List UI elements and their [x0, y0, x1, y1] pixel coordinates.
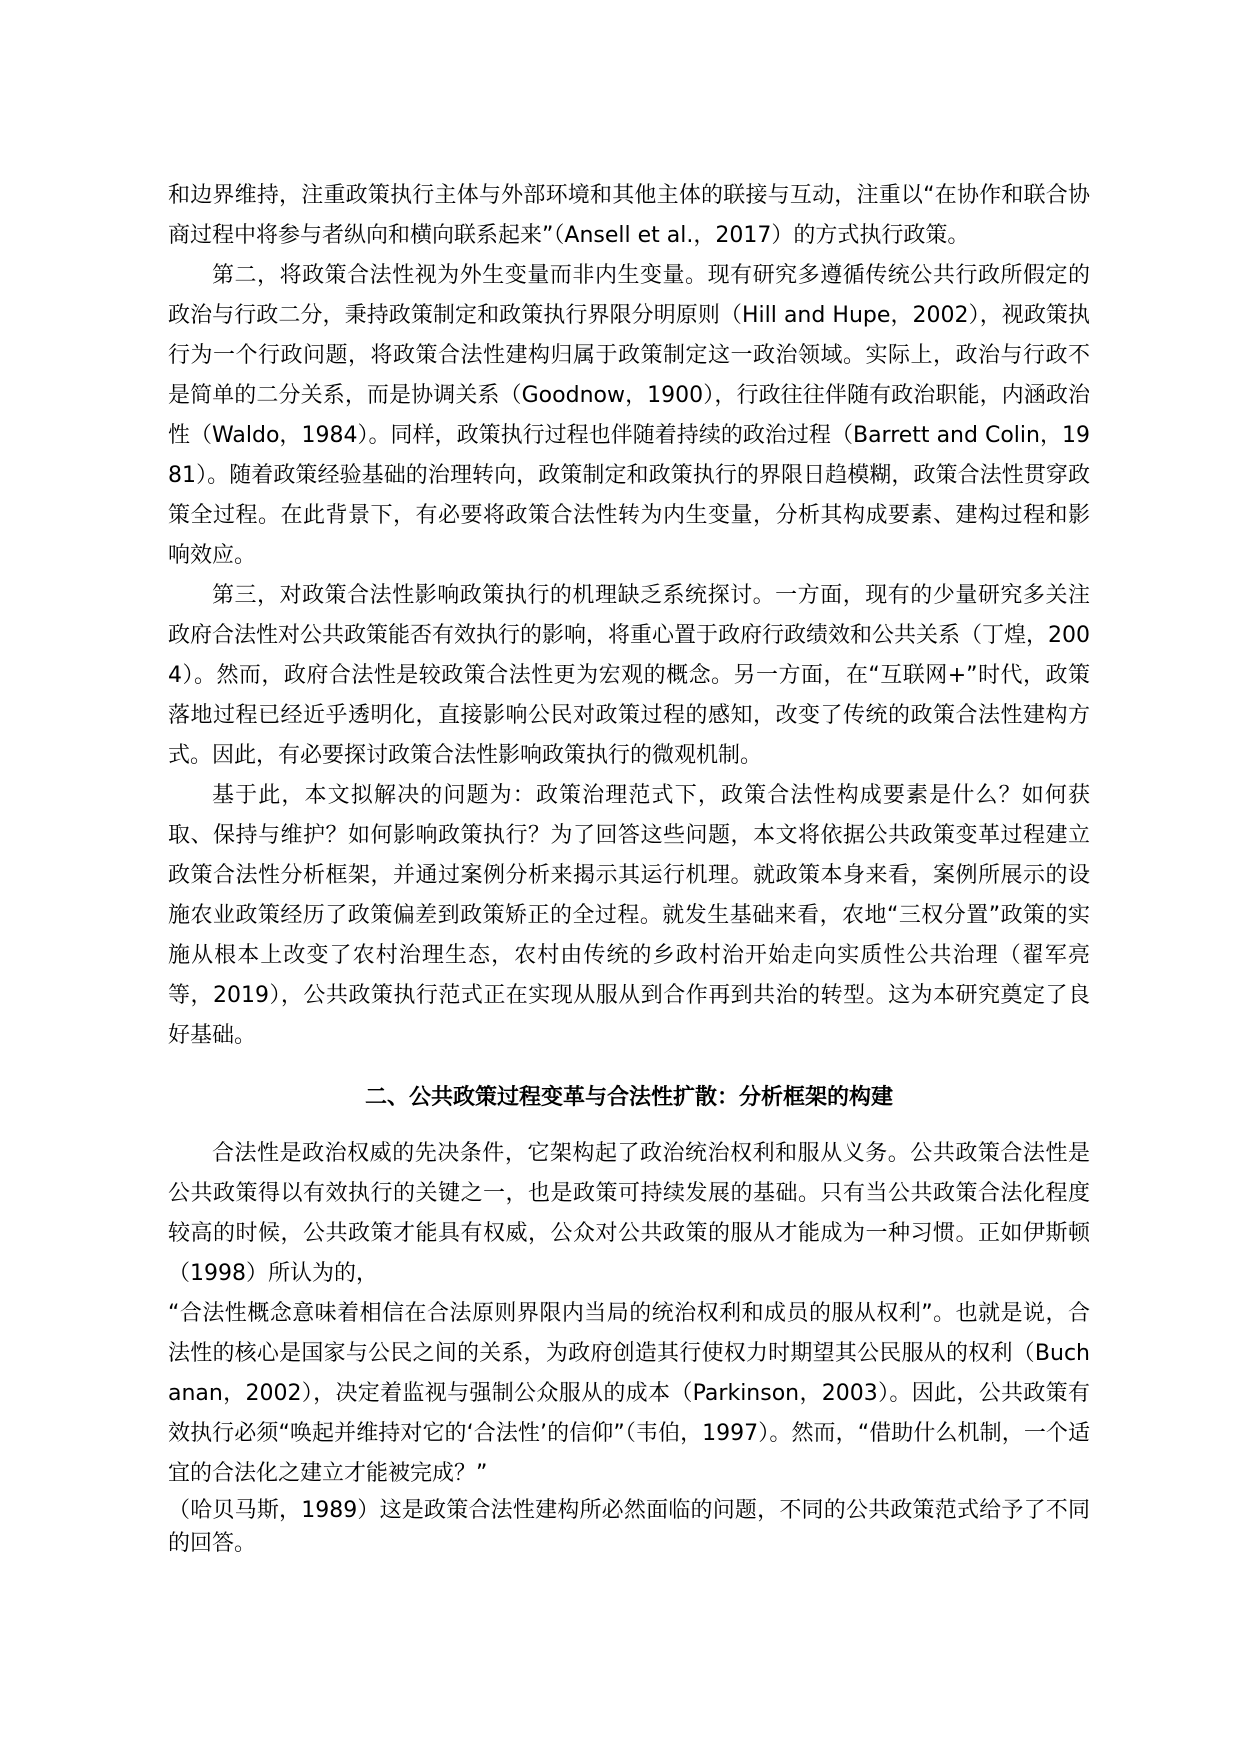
section-heading: 二、公共政策过程变革与合法性扩散：分析框架的构建: [168, 1078, 1090, 1118]
document-content: 和边界维持，注重政策执行主体与外部环境和其他主体的联接与互动，注重以“在协作和联…: [168, 176, 1090, 1560]
paragraph-legitimacy-intro: 合法性是政治权威的先决条件，它架构起了政治统治权利和服从义务。公共政策合法性是公…: [168, 1134, 1090, 1294]
paragraph-second-point: 第二，将政策合法性视为外生变量而非内生变量。现有研究多遵循传统公共行政所假定的政…: [168, 256, 1090, 576]
document-page: 和边界维持，注重政策执行主体与外部环境和其他主体的联接与互动，注重以“在协作和联…: [0, 0, 1240, 1754]
paragraph-habermas-answer: （哈贝马斯，1989）这是政策合法性建构所必然面临的问题，不同的公共政策范式给予…: [168, 1494, 1090, 1560]
paragraph-third-point: 第三，对政策合法性影响政策执行的机理缺乏系统探讨。一方面，现有的少量研究多关注政…: [168, 576, 1090, 776]
paragraph-continuation: 和边界维持，注重政策执行主体与外部环境和其他主体的联接与互动，注重以“在协作和联…: [168, 176, 1090, 256]
paragraph-legitimacy-quote: “合法性概念意味着相信在合法原则界限内当局的统治权利和成员的服从权利”。也就是说…: [168, 1294, 1090, 1494]
paragraph-research-questions: 基于此，本文拟解决的问题为：政策治理范式下，政策合法性构成要素是什么？如何获取、…: [168, 776, 1090, 1056]
